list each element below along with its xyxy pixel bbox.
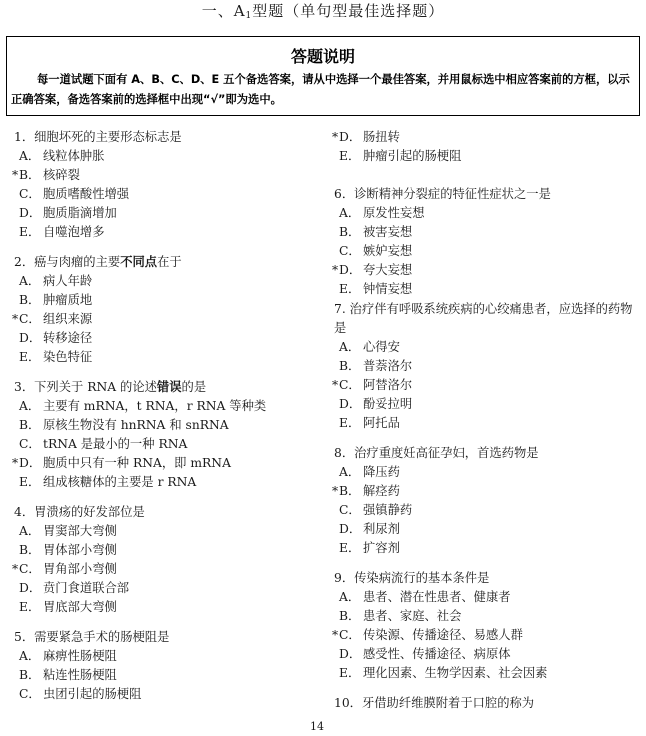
- option-key: C．: [339, 376, 363, 395]
- right-column: *D．肠扭转 E．肿瘤引起的肠梗阻 6．诊断精神分裂症的特征性症状之一是 A．原…: [334, 128, 639, 724]
- stem-text: 4．胃溃疡的好发部位是: [14, 505, 145, 519]
- option-c[interactable]: C．嫉妒妄想: [334, 242, 639, 261]
- option-text: 胃角部小弯侧: [43, 562, 117, 576]
- option-c[interactable]: C．胞质嗜酸性增强: [14, 185, 324, 204]
- option-key: B．: [19, 541, 43, 560]
- stem-text: 5．需要紧急手术的肠梗阻是: [14, 630, 169, 644]
- option-key: D．: [19, 579, 43, 598]
- answer-marker: *: [12, 166, 18, 185]
- option-key: A．: [19, 272, 43, 291]
- option-key: A．: [19, 522, 43, 541]
- section-title: 一、A1型题（单句型最佳选择题）: [0, 0, 646, 27]
- option-key: C．: [19, 310, 43, 329]
- option-text: 粘连性肠梗阻: [43, 668, 117, 682]
- option-e[interactable]: E．扩容剂: [334, 539, 639, 558]
- option-d[interactable]: D．胞质脂滴增加: [14, 204, 324, 223]
- option-e[interactable]: E．自噬泡增多: [14, 223, 324, 242]
- stem-text: 9．传染病流行的基本条件是: [334, 571, 489, 585]
- option-text: 被害妄想: [363, 225, 412, 239]
- option-text: 降压药: [363, 465, 400, 479]
- answer-marker: *: [332, 261, 338, 280]
- option-text: 阿托品: [363, 416, 400, 430]
- question-stem: 6．诊断精神分裂症的特征性症状之一是: [334, 185, 639, 204]
- question-stem: 10．牙借助纤维膜附着于口腔的称为: [334, 694, 639, 713]
- left-column: 1．细胞坏死的主要形态标志是 A．线粒体肿胀 *B．核碎裂 C．胞质嗜酸性增强 …: [14, 128, 324, 715]
- option-text: 肠扭转: [363, 130, 400, 144]
- stem-text: 3．下列关于 RNA 的论述: [14, 380, 157, 394]
- question-stem: 2．癌与肉瘤的主要不同点在于: [14, 253, 324, 272]
- question-6: 6．诊断精神分裂症的特征性症状之一是 A．原发性妄想 B．被害妄想 C．嫉妒妄想…: [334, 185, 639, 299]
- instructions-title: 答题说明: [7, 46, 639, 68]
- option-text: 胞质中只有一种 RNA，即 mRNA: [43, 456, 231, 470]
- question-3: 3．下列关于 RNA 的论述错误的是 A．主要有 mRNA，t RNA，r RN…: [14, 378, 324, 492]
- option-text: 组织来源: [43, 312, 92, 326]
- option-key: B．: [339, 482, 363, 501]
- option-key: C．: [19, 685, 43, 704]
- question-2: 2．癌与肉瘤的主要不同点在于 A．病人年龄 B．肿瘤质地 *C．组织来源 D．转…: [14, 253, 324, 367]
- option-text: 虫团引起的肠梗阻: [43, 687, 141, 701]
- option-text: 胃底部大弯侧: [43, 600, 117, 614]
- question-stem: 3．下列关于 RNA 的论述错误的是: [14, 378, 324, 397]
- option-key: D．: [339, 261, 363, 280]
- option-key: C．: [339, 242, 363, 261]
- option-d[interactable]: *D．胞质中只有一种 RNA，即 mRNA: [14, 454, 324, 473]
- option-text: 肿瘤引起的肠梗阻: [363, 149, 461, 163]
- answer-marker: *: [332, 626, 338, 645]
- option-text: 普萘洛尔: [363, 359, 412, 373]
- question-5-continued: *D．肠扭转 E．肿瘤引起的肠梗阻: [334, 128, 639, 166]
- option-a[interactable]: A．原发性妄想: [334, 204, 639, 223]
- option-a[interactable]: A．主要有 mRNA，t RNA，r RNA 等种类: [14, 397, 324, 416]
- option-b[interactable]: B．胃体部小弯侧: [14, 541, 324, 560]
- option-key: B．: [19, 416, 43, 435]
- option-text: 贲门食道联合部: [43, 581, 129, 595]
- stem-text: 在于: [157, 255, 182, 269]
- option-key: A．: [339, 338, 363, 357]
- option-text: 酚妥拉明: [363, 397, 412, 411]
- instructions-body: 每一道试题下面有 A、B、C、D、E 五个备选答案，请从中选择一个最佳答案，并用…: [7, 68, 639, 110]
- option-c[interactable]: C．虫团引起的肠梗阻: [14, 685, 324, 704]
- option-key: E．: [19, 473, 43, 492]
- question-10: 10．牙借助纤维膜附着于口腔的称为: [334, 694, 639, 713]
- option-text: 感受性、传播途径、病原体: [363, 647, 511, 661]
- question-stem: 5．需要紧急手术的肠梗阻是: [14, 628, 324, 647]
- option-d[interactable]: D．利尿剂: [334, 520, 639, 539]
- answer-marker: *: [12, 560, 18, 579]
- option-key: B．: [339, 357, 363, 376]
- answer-marker: *: [12, 310, 18, 329]
- option-b[interactable]: B．原核生物没有 hnRNA 和 snRNA: [14, 416, 324, 435]
- question-stem: 1．细胞坏死的主要形态标志是: [14, 128, 324, 147]
- option-b[interactable]: B．普萘洛尔: [334, 357, 639, 376]
- option-text: 原核生物没有 hnRNA 和 snRNA: [43, 418, 229, 432]
- option-key: E．: [339, 280, 363, 299]
- option-key: A．: [339, 588, 363, 607]
- option-text: 心得安: [363, 340, 400, 354]
- option-text: 核碎裂: [43, 168, 80, 182]
- option-key: D．: [339, 128, 363, 147]
- page-number: 14: [310, 720, 324, 733]
- section-title-prefix: 一、A: [202, 2, 246, 20]
- option-e[interactable]: E．钟情妄想: [334, 280, 639, 299]
- option-key: B．: [339, 223, 363, 242]
- option-key: D．: [19, 204, 43, 223]
- option-key: A．: [19, 397, 43, 416]
- question-7: 7. 治疗伴有呼吸系统疾病的心绞痛患者，应选择的药物是 A．心得安 B．普萘洛尔…: [334, 300, 639, 433]
- option-key: E．: [339, 539, 363, 558]
- option-key: C．: [19, 560, 43, 579]
- answer-marker: *: [332, 376, 338, 395]
- option-key: E．: [339, 147, 363, 166]
- option-a[interactable]: A．心得安: [334, 338, 639, 357]
- option-text: 传染源、传播途径、易感人群: [363, 628, 523, 642]
- stem-text: 7. 治疗伴有呼吸系统疾病的心绞痛患者，应选择的药物是: [334, 302, 632, 335]
- option-text: 患者、潜在性患者、健康者: [363, 590, 511, 604]
- option-key: A．: [19, 647, 43, 666]
- question-4: 4．胃溃疡的好发部位是 A．胃窦部大弯侧 B．胃体部小弯侧 *C．胃角部小弯侧 …: [14, 503, 324, 617]
- answer-marker: *: [12, 454, 18, 473]
- option-b[interactable]: B．粘连性肠梗阻: [14, 666, 324, 685]
- stem-emphasis: 错误: [157, 380, 182, 394]
- option-key: C．: [339, 501, 363, 520]
- option-key: B．: [19, 666, 43, 685]
- option-c[interactable]: C．强镇静药: [334, 501, 639, 520]
- option-text: 线粒体肿胀: [43, 149, 105, 163]
- option-key: E．: [339, 664, 363, 683]
- question-5: 5．需要紧急手术的肠梗阻是 A．麻痹性肠梗阻 B．粘连性肠梗阻 C．虫团引起的肠…: [14, 628, 324, 704]
- stem-text: 6．诊断精神分裂症的特征性症状之一是: [334, 187, 551, 201]
- option-a[interactable]: A．降压药: [334, 463, 639, 482]
- option-key: D．: [19, 454, 43, 473]
- answer-marker: *: [332, 128, 338, 147]
- option-text: 病人年龄: [43, 274, 92, 288]
- option-e[interactable]: E．理化因素、生物学因素、社会因素: [334, 664, 639, 683]
- option-key: C．: [19, 185, 43, 204]
- option-e[interactable]: E．胃底部大弯侧: [14, 598, 324, 617]
- option-key: B．: [339, 607, 363, 626]
- option-key: A．: [19, 147, 43, 166]
- option-c[interactable]: *C．传染源、传播途径、易感人群: [334, 626, 639, 645]
- option-d[interactable]: D．酚妥拉明: [334, 395, 639, 414]
- question-8: 8．治疗重度妊高征孕妇，首选药物是 A．降压药 *B．解痉药 C．强镇静药 D．…: [334, 444, 639, 558]
- option-text: 转移途径: [43, 331, 92, 345]
- option-key: B．: [19, 291, 43, 310]
- option-text: 胞质脂滴增加: [43, 206, 117, 220]
- stem-text: 8．治疗重度妊高征孕妇，首选药物是: [334, 446, 539, 460]
- option-text: 麻痹性肠梗阻: [43, 649, 117, 663]
- stem-text: 1．细胞坏死的主要形态标志是: [14, 130, 182, 144]
- option-text: 染色特征: [43, 350, 92, 364]
- option-text: 自噬泡增多: [43, 225, 105, 239]
- option-text: 阿替洛尔: [363, 378, 412, 392]
- option-a[interactable]: A．患者、潜在性患者、健康者: [334, 588, 639, 607]
- option-text: 强镇静药: [363, 503, 412, 517]
- stem-text: 的是: [182, 380, 207, 394]
- option-key: E．: [339, 414, 363, 433]
- option-b[interactable]: B．肿瘤质地: [14, 291, 324, 310]
- option-text: 扩容剂: [363, 541, 400, 555]
- option-key: E．: [19, 348, 43, 367]
- question-stem: 8．治疗重度妊高征孕妇，首选药物是: [334, 444, 639, 463]
- option-key: B．: [19, 166, 43, 185]
- option-key: D．: [339, 520, 363, 539]
- option-a[interactable]: A．线粒体肿胀: [14, 147, 324, 166]
- option-text: 解痉药: [363, 484, 400, 498]
- option-text: 胃体部小弯侧: [43, 543, 117, 557]
- option-text: 胃窦部大弯侧: [43, 524, 117, 538]
- option-key: E．: [19, 598, 43, 617]
- option-b[interactable]: *B．核碎裂: [14, 166, 324, 185]
- stem-emphasis: 不同点: [120, 255, 157, 269]
- option-key: E．: [19, 223, 43, 242]
- option-e[interactable]: E．染色特征: [14, 348, 324, 367]
- option-a[interactable]: A．麻痹性肠梗阻: [14, 647, 324, 666]
- option-d[interactable]: D．贲门食道联合部: [14, 579, 324, 598]
- option-text: 组成核糖体的主要是 r RNA: [43, 475, 196, 489]
- option-c[interactable]: *C．组织来源: [14, 310, 324, 329]
- option-e[interactable]: E．阿托品: [334, 414, 639, 433]
- option-d[interactable]: *D．肠扭转: [334, 128, 639, 147]
- option-c[interactable]: C．tRNA 是最小的一种 RNA: [14, 435, 324, 454]
- option-d[interactable]: D．转移途径: [14, 329, 324, 348]
- option-e[interactable]: E．肿瘤引起的肠梗阻: [334, 147, 639, 166]
- stem-text: 10．牙借助纤维膜附着于口腔的称为: [334, 696, 534, 710]
- option-text: 胞质嗜酸性增强: [43, 187, 129, 201]
- option-c[interactable]: *C．胃角部小弯侧: [14, 560, 324, 579]
- question-1: 1．细胞坏死的主要形态标志是 A．线粒体肿胀 *B．核碎裂 C．胞质嗜酸性增强 …: [14, 128, 324, 242]
- instructions-box: 答题说明 每一道试题下面有 A、B、C、D、E 五个备选答案，请从中选择一个最佳…: [6, 36, 640, 116]
- option-e[interactable]: E．组成核糖体的主要是 r RNA: [14, 473, 324, 492]
- option-b[interactable]: B．被害妄想: [334, 223, 639, 242]
- option-b[interactable]: B．患者、家庭、社会: [334, 607, 639, 626]
- option-text: 肿瘤质地: [43, 293, 92, 307]
- option-key: C．: [339, 626, 363, 645]
- option-c[interactable]: *C．阿替洛尔: [334, 376, 639, 395]
- option-text: 嫉妒妄想: [363, 244, 412, 258]
- option-text: 钟情妄想: [363, 282, 412, 296]
- option-text: 理化因素、生物学因素、社会因素: [363, 666, 547, 680]
- option-b[interactable]: *B．解痉药: [334, 482, 639, 501]
- option-d[interactable]: D．感受性、传播途径、病原体: [334, 645, 639, 664]
- option-text: 主要有 mRNA，t RNA，r RNA 等种类: [43, 399, 266, 413]
- section-title-suffix: 型题（单句型最佳选择题）: [252, 2, 444, 20]
- option-text: 利尿剂: [363, 522, 400, 536]
- answer-marker: *: [332, 482, 338, 501]
- option-key: C．: [19, 435, 43, 454]
- option-key: A．: [339, 204, 363, 223]
- option-key: D．: [19, 329, 43, 348]
- option-key: D．: [339, 395, 363, 414]
- option-text: 患者、家庭、社会: [363, 609, 461, 623]
- question-stem: 7. 治疗伴有呼吸系统疾病的心绞痛患者，应选择的药物是: [334, 300, 639, 338]
- option-text: 夸大妄想: [363, 263, 412, 277]
- option-a[interactable]: A．病人年龄: [14, 272, 324, 291]
- option-text: tRNA 是最小的一种 RNA: [43, 437, 187, 451]
- option-d[interactable]: *D．夸大妄想: [334, 261, 639, 280]
- stem-text: 2．癌与肉瘤的主要: [14, 255, 120, 269]
- option-key: D．: [339, 645, 363, 664]
- question-stem: 9．传染病流行的基本条件是: [334, 569, 639, 588]
- question-stem: 4．胃溃疡的好发部位是: [14, 503, 324, 522]
- option-text: 原发性妄想: [363, 206, 425, 220]
- option-key: A．: [339, 463, 363, 482]
- option-a[interactable]: A．胃窦部大弯侧: [14, 522, 324, 541]
- question-9: 9．传染病流行的基本条件是 A．患者、潜在性患者、健康者 B．患者、家庭、社会 …: [334, 569, 639, 683]
